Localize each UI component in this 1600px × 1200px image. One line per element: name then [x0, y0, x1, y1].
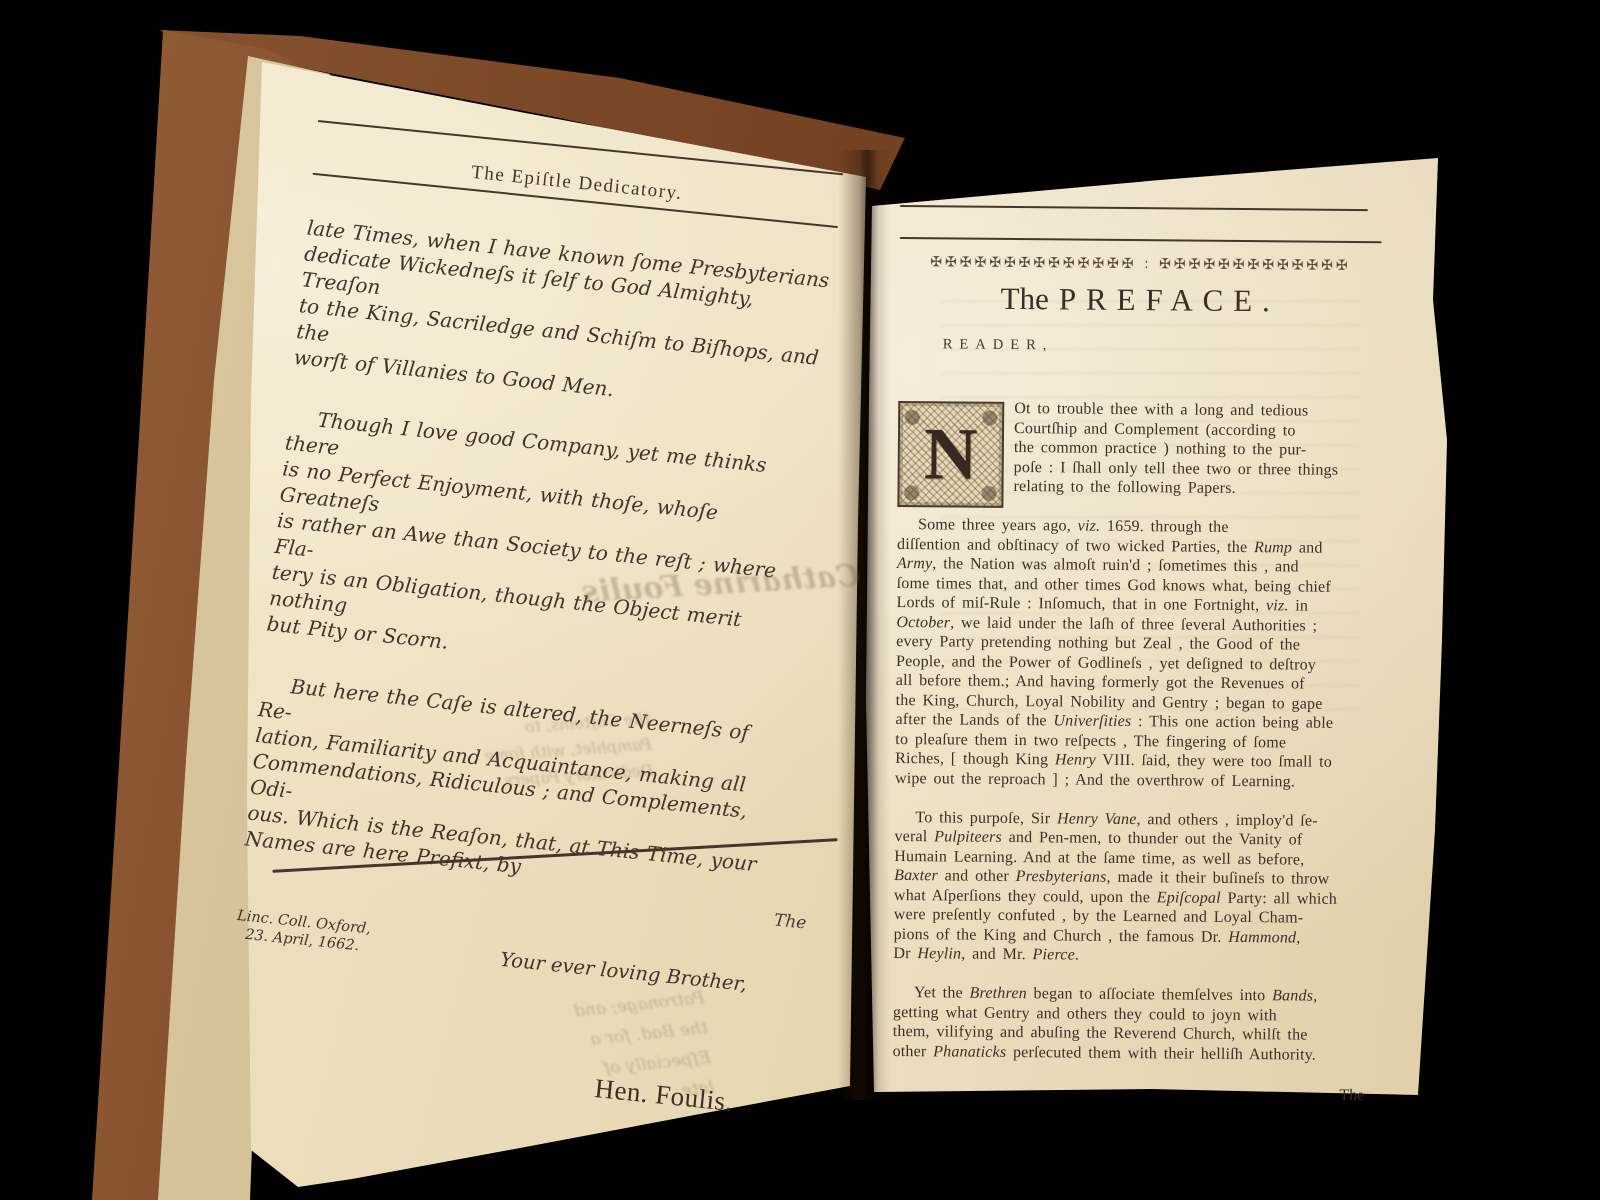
epistle-body: late Times, when I have known ſome Presb…	[240, 189, 836, 939]
dateline: Linc. Coll. Oxford, 23. April, 1662.	[234, 907, 371, 956]
catchword-left: The	[773, 910, 807, 933]
salutation-reader: READER,	[943, 336, 1381, 357]
opening-paragraph-text: Ot to trouble thee with a long and tedio…	[1013, 400, 1338, 497]
preface-title-the: The	[1000, 281, 1049, 316]
body-paragraph: late Times, when I have known ſome Presb…	[293, 215, 834, 424]
preface-title-word: PREFACE.	[1059, 281, 1280, 318]
book-photograph: Catharine Foulis the Cuſtoms, to Pamphle…	[0, 0, 1600, 1200]
left-page-text-block: The Epiſtle Dedicatory. late Times, when…	[222, 120, 843, 1119]
body-paragraph: Though I love good Company, yet me think…	[266, 404, 815, 690]
body-paragraph: Yet the Brethren began to aſſociate them…	[893, 983, 1376, 1065]
preface-title: ThePREFACE.	[899, 280, 1381, 320]
body-paragraph: Some three years ago, viz. 1659. through…	[895, 515, 1379, 792]
gutter-shadow	[838, 150, 890, 1100]
catchword-right: The	[892, 1082, 1364, 1104]
preface-rule-bottom	[900, 237, 1382, 243]
body-paragraph: To this purpoſe, Sir Henry Vane, and oth…	[893, 807, 1376, 967]
fleuron-ornament-row: ✠✠✠✠✠✠✠✠✠✠✠✠✠✠ : ✠✠✠✠✠✠✠✠✠✠✠✠✠	[899, 254, 1381, 274]
body-paragraph: But here the Caſe is altered, the Neerne…	[244, 670, 788, 904]
drop-cap-initial-n: N	[897, 401, 1004, 508]
body-paragraph: NOt to trouble thee with a long and tedi…	[897, 378, 1380, 499]
valediction: Your ever loving Brother,	[499, 948, 748, 996]
right-page-text-block: ✠✠✠✠✠✠✠✠✠✠✠✠✠✠ : ✠✠✠✠✠✠✠✠✠✠✠✠✠ ThePREFAC…	[892, 205, 1382, 1105]
preface-body: NOt to trouble thee with a long and tedi…	[892, 359, 1380, 1085]
